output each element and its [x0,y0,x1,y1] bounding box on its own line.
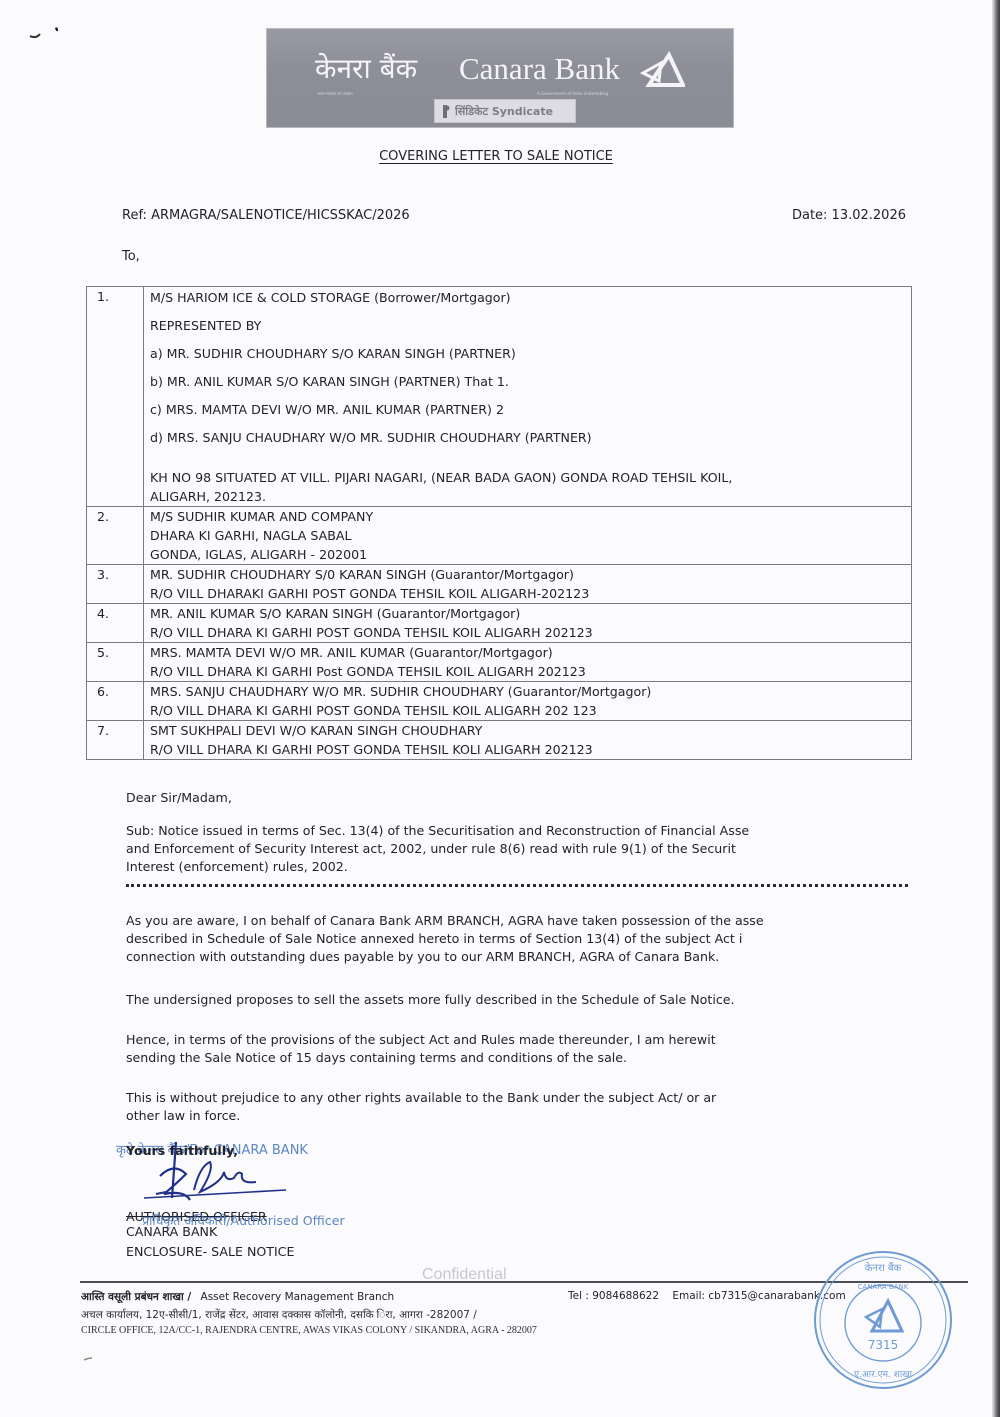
document-page: केनरा बैंक Canara Bank भारत सरकार का उपक… [0,0,992,1417]
addressee-line: SMT SUKHPALI DEVI W/O KARAN SINGH CHOUDH… [150,721,905,740]
svg-text:ए.आर.एम. शाखा: ए.आर.एम. शाखा [854,1370,912,1380]
subject-line: and Enforcement of Security Interest act… [126,840,916,858]
row-number: 7. [87,721,144,760]
document-title: COVERING LETTER TO SALE NOTICE [0,149,992,164]
table-row: 4. MR. ANIL KUMAR S/O KARAN SINGH (Guara… [87,604,912,643]
addressee-line: R/O VILL DHARA KI GARHI POST GONDA TEHSI… [150,701,905,720]
syndicate-badge: सिंडिकेट Syndicate [434,99,576,123]
subject-line: Interest (enforcement) rules, 2002. [126,858,916,876]
scan-page-edge [992,0,1000,1417]
subject-block: Sub: Notice issued in terms of Sec. 13(4… [126,822,916,876]
addressee-table: 1. M/S HARIOM ICE & COLD STORAGE (Borrow… [86,286,912,760]
addressee-cell: M/S SUDHIR KUMAR AND COMPANY DHARA KI GA… [144,507,912,565]
handwritten-signature [136,1138,316,1214]
address-english: CIRCLE OFFICE, 12A/CC-1, RAJENDRA CENTRE… [81,1325,537,1336]
paragraph-sale-notice: Hence, in terms of the provisions of the… [126,1031,916,1067]
paragraph-line: Hence, in terms of the provisions of the… [126,1031,916,1049]
table-row: 5. MRS. MAMTA DEVI W/O MR. ANIL KUMAR (G… [87,643,912,682]
paragraph-line: sending the Sale Notice of 15 days conta… [126,1049,916,1067]
row-number: 4. [87,604,144,643]
addressee-line: a) MR. SUDHIR CHOUDHARY S/O KARAN SINGH … [150,344,905,363]
syndicate-logo-icon [441,104,451,119]
paragraph-line: described in Schedule of Sale Notice ann… [126,930,916,948]
svg-text:7315: 7315 [868,1338,899,1352]
addressee-line: R/O VILL DHARA KI GARHI Post GONDA TEHSI… [150,662,905,681]
signature-block: कृते केनरा बैंक/For CANARA BANK Yours fa… [126,1138,426,1268]
address-hindi: अचल कार्यालय, 12ए-सीसी/1, राजेंद्र सेंटर… [81,1308,477,1322]
table-row: 1. M/S HARIOM ICE & COLD STORAGE (Borrow… [87,287,912,507]
addressee-cell: SMT SUKHPALI DEVI W/O KARAN SINGH CHOUDH… [144,721,912,760]
addressee-line: b) MR. ANIL KUMAR S/O KARAN SINGH (PARTN… [150,372,905,391]
banner-tagline: A Government of India Undertaking [537,91,608,96]
addressee-line: R/O VILL DHARA KI GARHI POST GONDA TEHSI… [150,740,905,759]
enclosure-note: ENCLOSURE- SALE NOTICE [126,1244,294,1259]
addressee-cell: M/S HARIOM ICE & COLD STORAGE (Borrower/… [144,287,912,507]
addressee-line: M/S SUDHIR KUMAR AND COMPANY [150,507,905,526]
row-number: 3. [87,565,144,604]
signatory-bank: CANARA BANK [126,1224,217,1239]
table-row: 6. MRS. SANJU CHAUDHARY W/O MR. SUDHIR C… [87,682,912,721]
addressee-cell: MRS. SANJU CHAUDHARY W/O MR. SUDHIR CHOU… [144,682,912,721]
addressee-line: KH NO 98 SITUATED AT VILL. PIJARI NAGARI… [150,468,905,487]
addressee-line: M/S HARIOM ICE & COLD STORAGE (Borrower/… [150,288,905,307]
branch-name-hindi: आस्ति वसूली प्रबंधन शाखा / [81,1291,191,1303]
row-number: 1. [87,287,144,507]
addressee-line: MRS. SANJU CHAUDHARY W/O MR. SUDHIR CHOU… [150,682,905,701]
addressee-line: MR. ANIL KUMAR S/O KARAN SINGH (Guaranto… [150,604,905,623]
footer-contact: Tel : 9084688622 Email: cb7315@canaraban… [568,1290,846,1302]
to-label: To, [122,249,140,264]
paragraph-prejudice: This is without prejudice to any other r… [126,1089,916,1125]
paragraph-line: This is without prejudice to any other r… [126,1089,916,1107]
addressee-cell: MRS. MAMTA DEVI W/O MR. ANIL KUMAR (Guar… [144,643,912,682]
paragraph-line: other law in force. [126,1107,916,1125]
bank-name-hindi: केनरा बैंक [315,49,417,87]
paragraph-line: connection with outstanding dues payable… [126,948,916,966]
dotted-separator [126,884,908,887]
footer-branch: आस्ति वसूली प्रबंधन शाखा / Asset Recover… [81,1290,394,1304]
scan-artifact-tick [84,1356,94,1362]
banner-tagline-hindi: भारत सरकार का उपक्रम [317,91,353,97]
addressee-line: MR. SUDHIR CHOUDHARY S/0 KARAN SINGH (Gu… [150,565,905,584]
bank-letterhead-banner: केनरा बैंक Canara Bank भारत सरकार का उपक… [266,28,734,128]
addressee-cell: MR. ANIL KUMAR S/O KARAN SINGH (Guaranto… [144,604,912,643]
paragraph-line: The undersigned proposes to sell the ass… [126,991,916,1009]
table-row: 7. SMT SUKHPALI DEVI W/O KARAN SINGH CHO… [87,721,912,760]
bank-name: Canara Bank [459,51,620,87]
subject-line: Sub: Notice issued in terms of Sec. 13(4… [126,822,916,840]
paragraph-line: As you are aware, I on behalf of Canara … [126,912,916,930]
telephone: Tel : 9084688622 [568,1290,659,1302]
addressee-line: R/O VILL DHARAKI GARHI POST GONDA TEHSIL… [150,584,905,603]
addressee-line: MRS. MAMTA DEVI W/O MR. ANIL KUMAR (Guar… [150,643,905,662]
reference-number: Ref: ARMAGRA/SALENOTICE/HICSSKAC/2026 [122,208,410,223]
addressee-line: GONDA, IGLAS, ALIGARH - 202001 [150,545,905,564]
letter-date: Date: 13.02.2026 [792,208,906,223]
svg-text:CANARA BANK: CANARA BANK [858,1283,909,1291]
addressee-line: R/O VILL DHARA KI GARHI POST GONDA TEHSI… [150,623,905,642]
branch-name: Asset Recovery Management Branch [201,1291,395,1303]
addressee-line: ALIGARH, 202123. [150,487,905,506]
svg-text:केनरा बैंक: केनरा बैंक [865,1262,902,1274]
addressee-line: REPRESENTED BY [150,316,905,335]
table-row: 2. M/S SUDHIR KUMAR AND COMPANY DHARA KI… [87,507,912,565]
table-row: 3. MR. SUDHIR CHOUDHARY S/0 KARAN SINGH … [87,565,912,604]
row-number: 2. [87,507,144,565]
addressee-line: d) MRS. SANJU CHAUDHARY W/O MR. SUDHIR C… [150,428,905,447]
salutation: Dear Sir/Madam, [126,789,916,807]
row-number: 6. [87,682,144,721]
scan-artifact-mark [28,22,64,48]
row-number: 5. [87,643,144,682]
addressee-line: c) MRS. MAMTA DEVI W/O MR. ANIL KUMAR (P… [150,400,905,419]
branch-seal-stamp-icon: 7315 केनरा बैंक CANARA BANK ए.आर.एम. शाख… [808,1245,958,1395]
paragraph-possession: As you are aware, I on behalf of Canara … [126,912,916,966]
paragraph-proposal: The undersigned proposes to sell the ass… [126,991,916,1009]
addressee-cell: MR. SUDHIR CHOUDHARY S/0 KARAN SINGH (Gu… [144,565,912,604]
syndicate-label: सिंडिकेट Syndicate [455,104,553,119]
addressee-line: DHARA KI GARHI, NAGLA SABAL [150,526,905,545]
canara-bank-logo-icon [639,51,685,91]
